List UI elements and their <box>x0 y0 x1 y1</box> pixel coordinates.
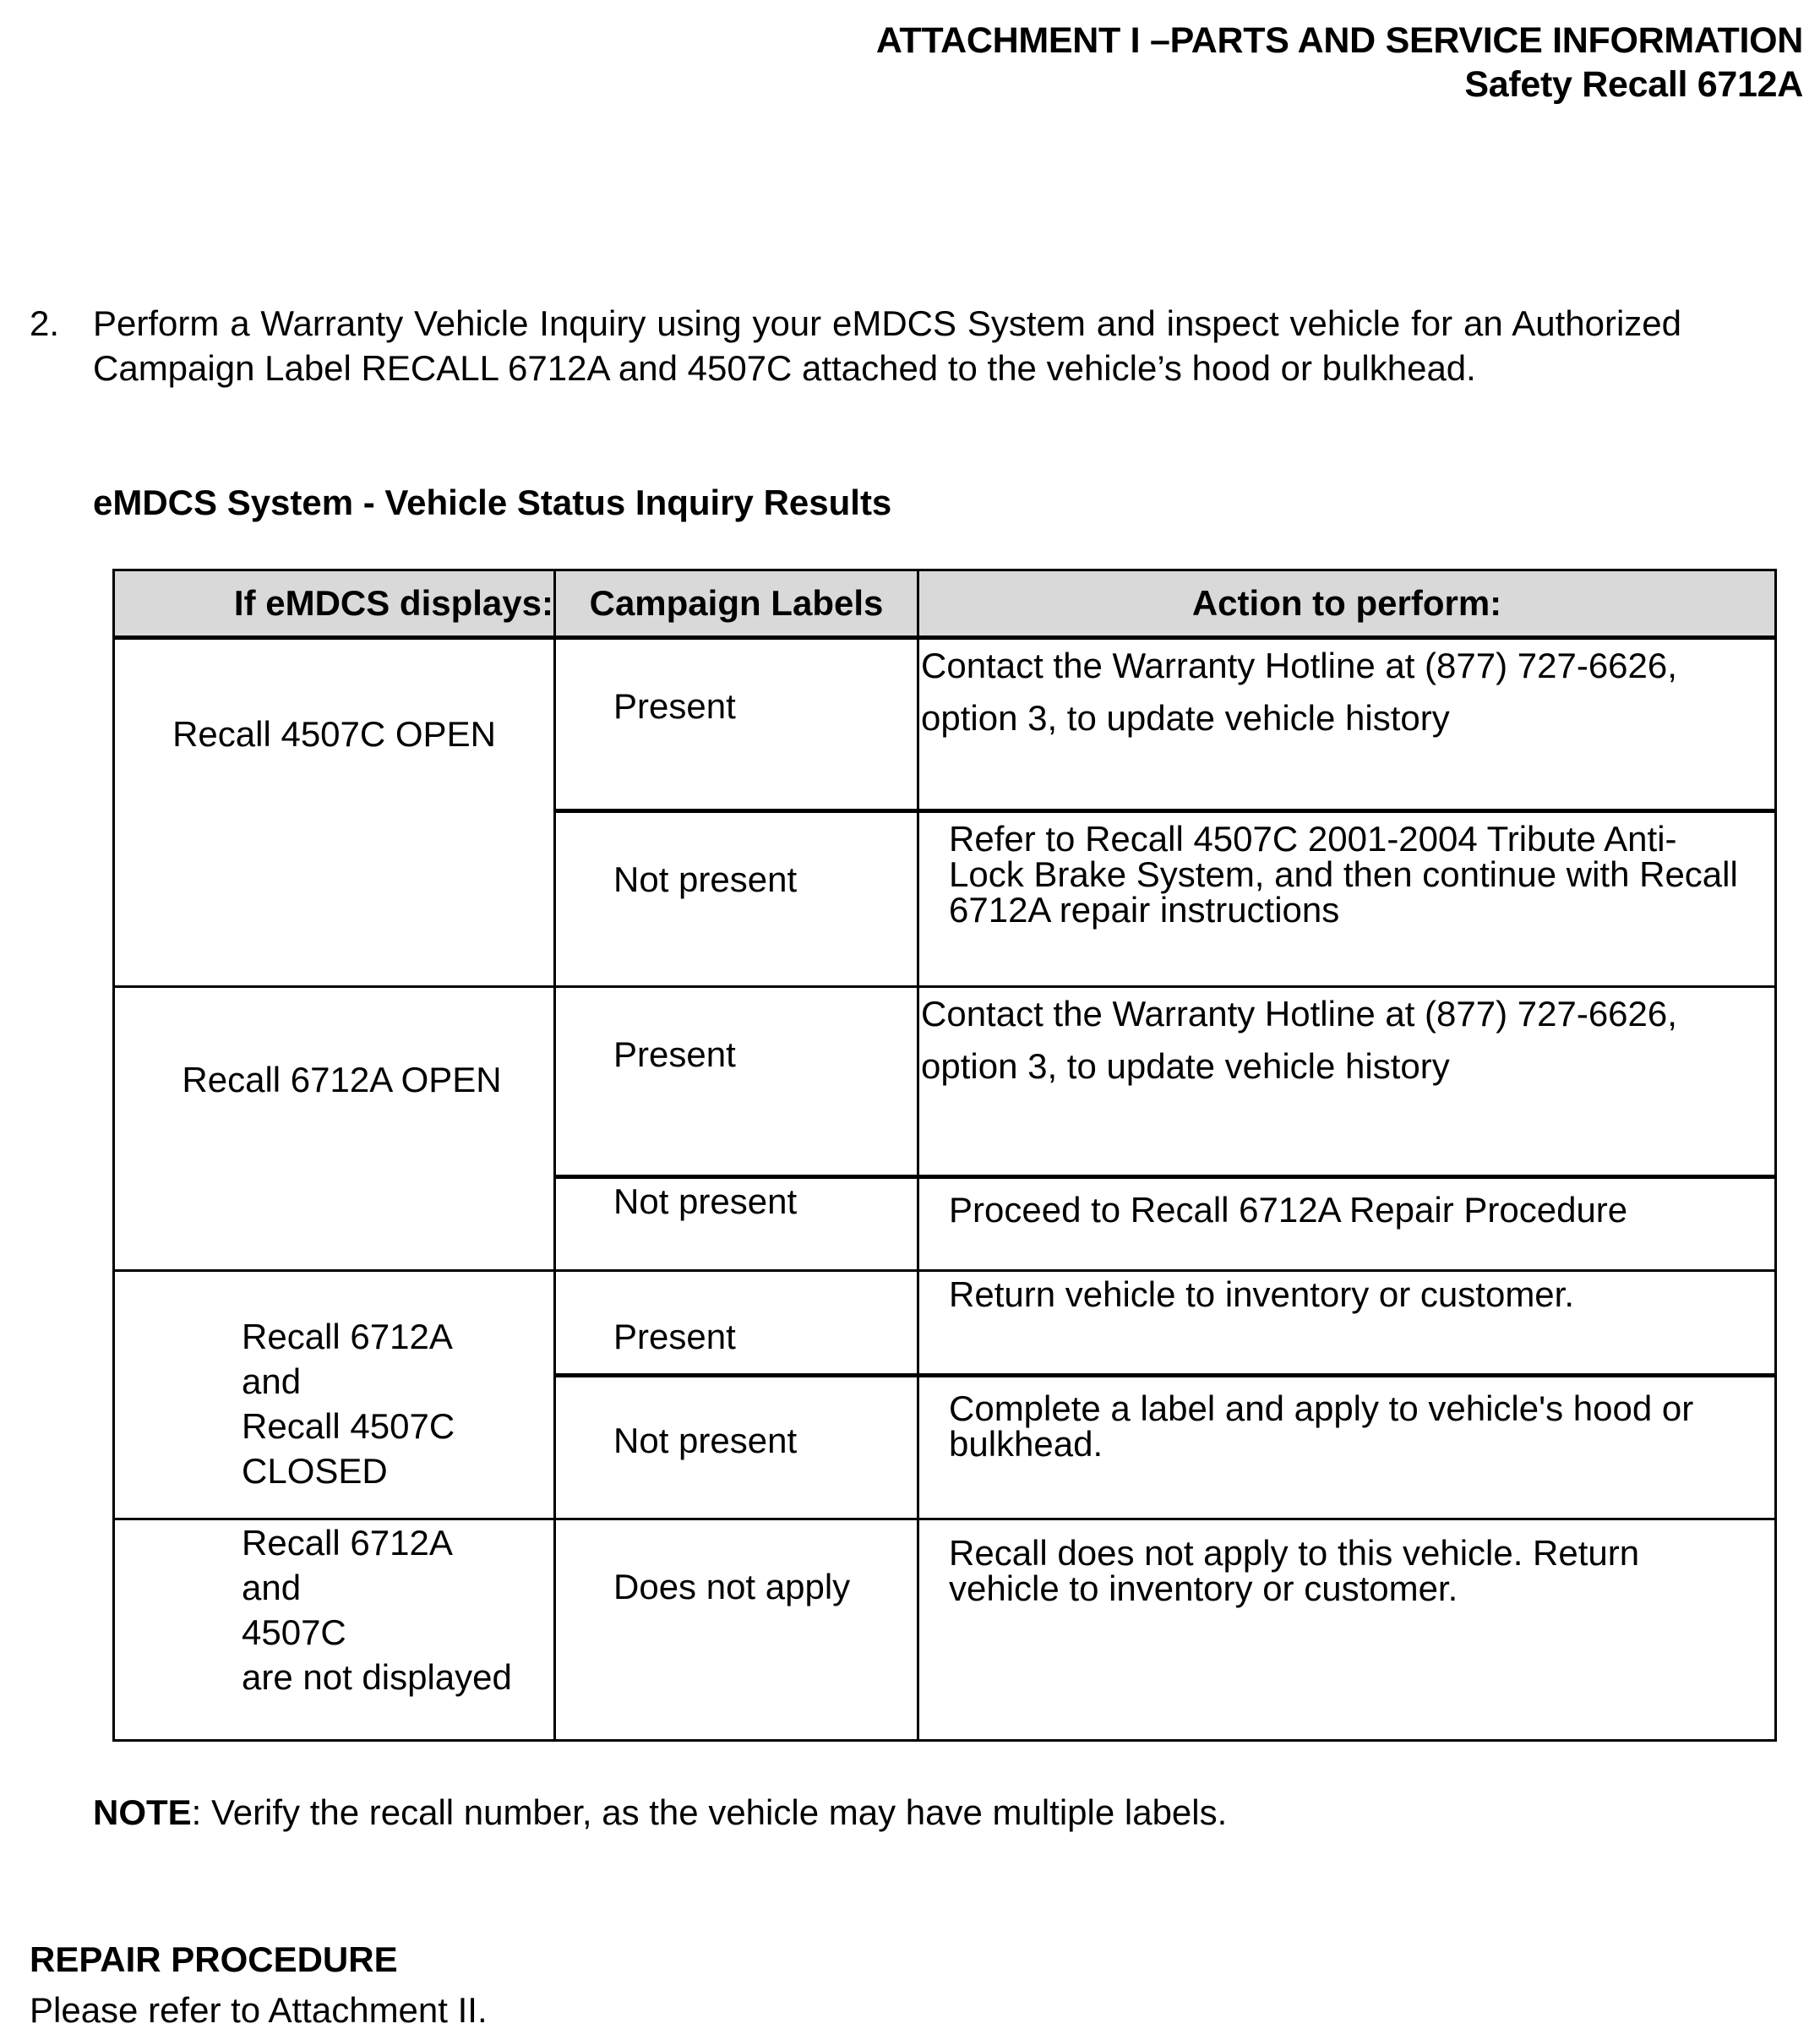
table-row: Recall 4507C OPEN Present Contact the Wa… <box>114 638 1776 811</box>
label-text: Present <box>556 988 917 1077</box>
label-cell: Present <box>555 987 918 1177</box>
document-title: ATTACHMENT I –PARTS AND SERVICE INFORMAT… <box>876 19 1803 63</box>
note-label: NOTE <box>93 1792 192 1832</box>
label-text: Not present <box>556 1179 917 1224</box>
column-header-action: Action to perform: <box>918 570 1776 638</box>
label-cell: Present <box>555 1271 918 1376</box>
label-cell: Not present <box>555 1376 918 1519</box>
action-cell: Contact the Warranty Hotline at (877) 72… <box>918 638 1776 811</box>
table-row: Recall 6712A and Recall 4507C CLOSED Pre… <box>114 1271 1776 1376</box>
table-title: eMDCS System - Vehicle Status Inquiry Re… <box>93 480 891 525</box>
action-text: Contact the Warranty Hotline at (877) 72… <box>919 988 1774 1093</box>
note: NOTE: Verify the recall number, as the v… <box>93 1790 1227 1835</box>
label-cell: Does not apply <box>555 1519 918 1741</box>
action-text: Contact the Warranty Hotline at (877) 72… <box>919 640 1774 745</box>
table-row: Recall 6712A OPEN Present Contact the Wa… <box>114 987 1776 1177</box>
repair-heading: REPAIR PROCEDURE <box>30 1937 398 1982</box>
label-text: Not present <box>556 813 917 902</box>
label-text: Present <box>556 1272 917 1359</box>
action-text: Recall does not apply to this vehicle. R… <box>919 1520 1774 1606</box>
action-cell: Recall does not apply to this vehicle. R… <box>918 1519 1776 1741</box>
label-cell: Not present <box>555 811 918 987</box>
display-text: Recall 4507C OPEN <box>115 712 553 756</box>
action-text: Proceed to Recall 6712A Repair Procedure <box>919 1179 1774 1232</box>
display-cell: Recall 4507C OPEN <box>114 638 555 987</box>
column-header-display: If eMDCS displays: <box>114 570 555 638</box>
label-cell: Not present <box>555 1177 918 1271</box>
label-text: Present <box>556 640 917 728</box>
label-cell: Present <box>555 638 918 811</box>
action-text: Refer to Recall 4507C 2001-2004 Tribute … <box>919 813 1774 928</box>
step-number: 2. <box>30 301 59 346</box>
display-cell: Recall 6712A OPEN <box>114 987 555 1271</box>
display-text: Recall 6712A OPEN <box>115 988 553 1102</box>
label-text: Does not apply <box>556 1520 917 1609</box>
label-text: Not present <box>556 1377 917 1463</box>
action-cell: Contact the Warranty Hotline at (877) 72… <box>918 987 1776 1177</box>
action-text: Return vehicle to inventory or customer. <box>919 1272 1774 1317</box>
action-cell: Complete a label and apply to vehicle's … <box>918 1376 1776 1519</box>
note-text: : Verify the recall number, as the vehic… <box>192 1792 1228 1832</box>
display-cell: Recall 6712A and Recall 4507C CLOSED <box>114 1271 555 1519</box>
action-cell: Proceed to Recall 6712A Repair Procedure <box>918 1177 1776 1271</box>
table-row: Recall 6712A and 4507C are not displayed… <box>114 1519 1776 1741</box>
display-cell: Recall 6712A and 4507C are not displayed <box>114 1519 555 1741</box>
display-text: Recall 6712A and 4507C are not displayed <box>115 1520 553 1699</box>
action-cell: Refer to Recall 4507C 2001-2004 Tribute … <box>918 811 1776 987</box>
step-text: Perform a Warranty Vehicle Inquiry using… <box>93 301 1681 390</box>
action-text: Complete a label and apply to vehicle's … <box>919 1377 1774 1462</box>
inquiry-results-table: If eMDCS displays: Campaign Labels Actio… <box>112 569 1777 1742</box>
document-subtitle: Safety Recall 6712A <box>1464 63 1803 106</box>
display-text: Recall 6712A and Recall 4507C CLOSED <box>115 1272 553 1493</box>
action-cell: Return vehicle to inventory or customer. <box>918 1271 1776 1376</box>
column-header-labels: Campaign Labels <box>555 570 918 638</box>
repair-text: Please refer to Attachment II. <box>30 1988 488 2032</box>
table-header-row: If eMDCS displays: Campaign Labels Actio… <box>114 570 1776 638</box>
